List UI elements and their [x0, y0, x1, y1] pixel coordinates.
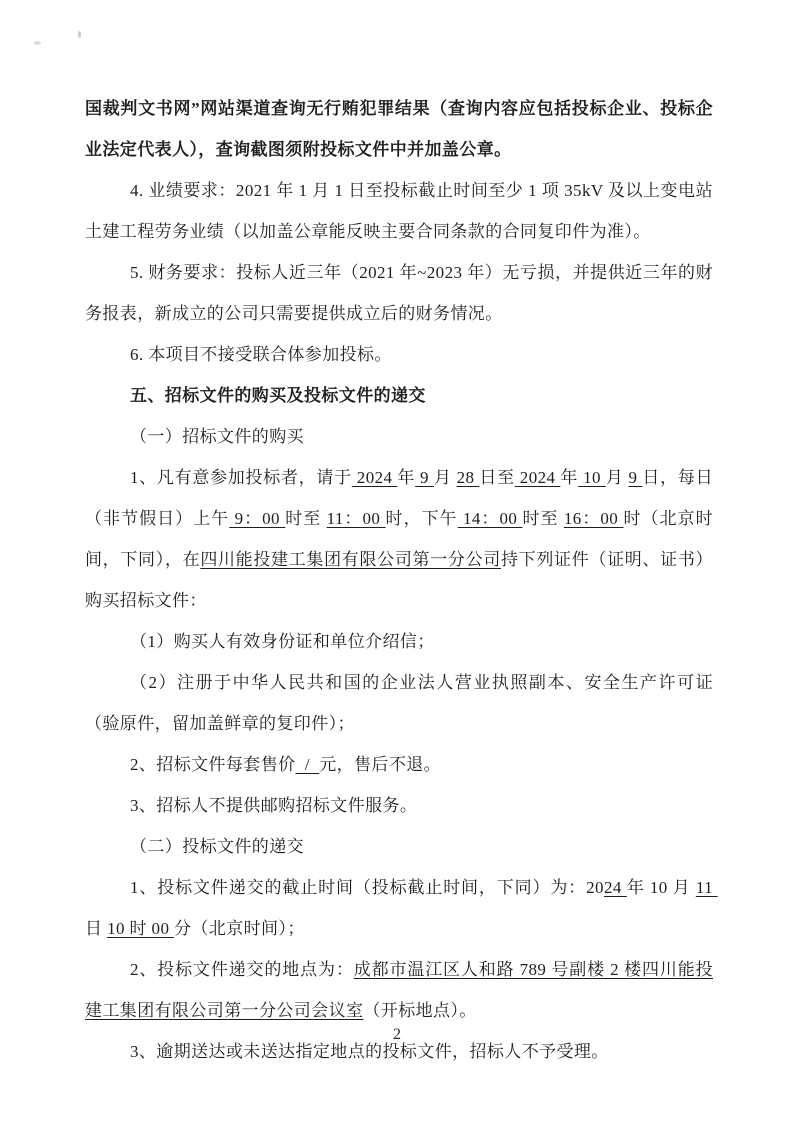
text-run: 日	[85, 919, 107, 938]
text-run: 月	[606, 468, 629, 487]
blank-field-deadline-day: 11	[696, 878, 718, 897]
item-6-no-consortium: 6. 本项目不接受联合体参加投标。	[85, 334, 713, 375]
submission-item-1-deadline: 1、投标文件递交的截止时间（投标截止时间，下同）为：2024 年 10 月 11…	[85, 867, 713, 949]
text-run: 时至	[523, 509, 564, 528]
text-run: 年 10 月	[627, 878, 696, 897]
purchase-item-1-time-place: 1、凡有意参加投标者，请于 2024 年 9 月 28 日至 2024 年 10…	[85, 457, 713, 621]
text-run: 6. 本项目不接受联合体参加投标。	[130, 345, 392, 364]
text-run: 3、逾期送达或未送达指定地点的投标文件，招标人不予受理。	[130, 1042, 609, 1061]
text-run: 4. 业绩要求：2021 年 1 月 1 日至投标截止时间至少 1 项 35kV…	[85, 181, 713, 241]
text-run: （二）投标文件的递交	[130, 837, 304, 856]
blank-field-day-end: 9	[629, 468, 643, 487]
text-run: 1、凡有意参加投标者，请于	[130, 468, 352, 487]
text-run: 1、投标文件递交的截止时间（投标截止时间，下同）为：20	[130, 878, 604, 897]
blank-field-year-start: 2024	[352, 468, 398, 487]
text-run: 3、招标人不提供邮购招标文件服务。	[130, 796, 417, 815]
text-run: （1）购买人有效身份证和单位介绍信；	[130, 632, 435, 651]
blank-field-month-end: 10	[578, 468, 606, 487]
blank-field-day-start: 28	[457, 468, 480, 487]
document-body: 国裁判文书网”网站渠道查询无行贿犯罪结果（查询内容应包括投标企业、投标企业法定代…	[85, 88, 713, 1072]
page-number: 2	[0, 1026, 794, 1044]
scan-artifact	[78, 31, 81, 38]
blank-field-month-start: 9	[415, 468, 434, 487]
purchase-cert-1-id: （1）购买人有效身份证和单位介绍信；	[85, 621, 713, 662]
text-run: 日至	[479, 468, 514, 487]
text-run: 月	[434, 468, 457, 487]
text-run: 五、招标文件的购买及投标文件的递交	[130, 386, 426, 405]
paragraph-bribery-query-continuation: 国裁判文书网”网站渠道查询无行贿犯罪结果（查询内容应包括投标企业、投标企业法定代…	[85, 88, 713, 170]
text-run: 年	[560, 468, 578, 487]
company-name-underlined: 四川能投建工集团有限公司第一分公司	[200, 550, 501, 569]
text-run: 时，下午	[386, 509, 458, 528]
blank-field-price: /	[296, 755, 320, 774]
text-run: 元，售后不退。	[319, 755, 441, 774]
item-4-performance-requirement: 4. 业绩要求：2021 年 1 月 1 日至投标截止时间至少 1 项 35kV…	[85, 170, 713, 252]
blank-field-afternoon-open: 14：00	[458, 509, 523, 528]
blank-field-deadline-year: 24	[604, 878, 627, 897]
text-run: 时至	[285, 509, 326, 528]
subsection-2-heading-submission: （二）投标文件的递交	[85, 826, 713, 867]
blank-field-year-end: 2024	[515, 468, 561, 487]
text-run: 分（北京时间）；	[174, 919, 305, 938]
purchase-item-2-price: 2、招标文件每套售价 / 元，售后不退。	[85, 744, 713, 785]
text-run: 年	[397, 468, 415, 487]
blank-field-afternoon-close: 16：00	[564, 509, 624, 528]
text-run: 2、投标文件递交的地点为：	[130, 960, 354, 979]
text-run: 5. 财务要求：投标人近三年（2021 年~2023 年）无亏损，并提供近三年的…	[85, 263, 713, 323]
text-run: 国裁判文书网”网站渠道查询无行贿犯罪结果（查询内容应包括投标企业、投标企业法定代…	[85, 99, 713, 159]
blank-field-morning-open: 9：00	[229, 509, 285, 528]
text-run: 2、招标文件每套售价	[130, 755, 296, 774]
purchase-cert-2-license: （2）注册于中华人民共和国的企业法人营业执照副本、安全生产许可证（验原件，留加盖…	[85, 662, 713, 744]
document-page: 国裁判文书网”网站渠道查询无行贿犯罪结果（查询内容应包括投标企业、投标企业法定代…	[0, 0, 794, 1123]
section-5-heading: 五、招标文件的购买及投标文件的递交	[85, 375, 713, 416]
submission-item-2-location: 2、投标文件递交的地点为：成都市温江区人和路 789 号副楼 2 楼四川能投建工…	[85, 949, 713, 1031]
text-run: （一）招标文件的购买	[130, 427, 304, 446]
text-run: （2）注册于中华人民共和国的企业法人营业执照副本、安全生产许可证（验原件，留加盖…	[85, 673, 713, 733]
purchase-item-3-no-mail: 3、招标人不提供邮购招标文件服务。	[85, 785, 713, 826]
subsection-1-heading-purchase: （一）招标文件的购买	[85, 416, 713, 457]
text-run: （开标地点）。	[363, 1001, 476, 1020]
scan-artifact	[34, 41, 41, 45]
blank-field-deadline-time: 10 时 00	[107, 919, 174, 938]
item-5-financial-requirement: 5. 财务要求：投标人近三年（2021 年~2023 年）无亏损，并提供近三年的…	[85, 252, 713, 334]
blank-field-morning-close: 11：00	[327, 509, 386, 528]
